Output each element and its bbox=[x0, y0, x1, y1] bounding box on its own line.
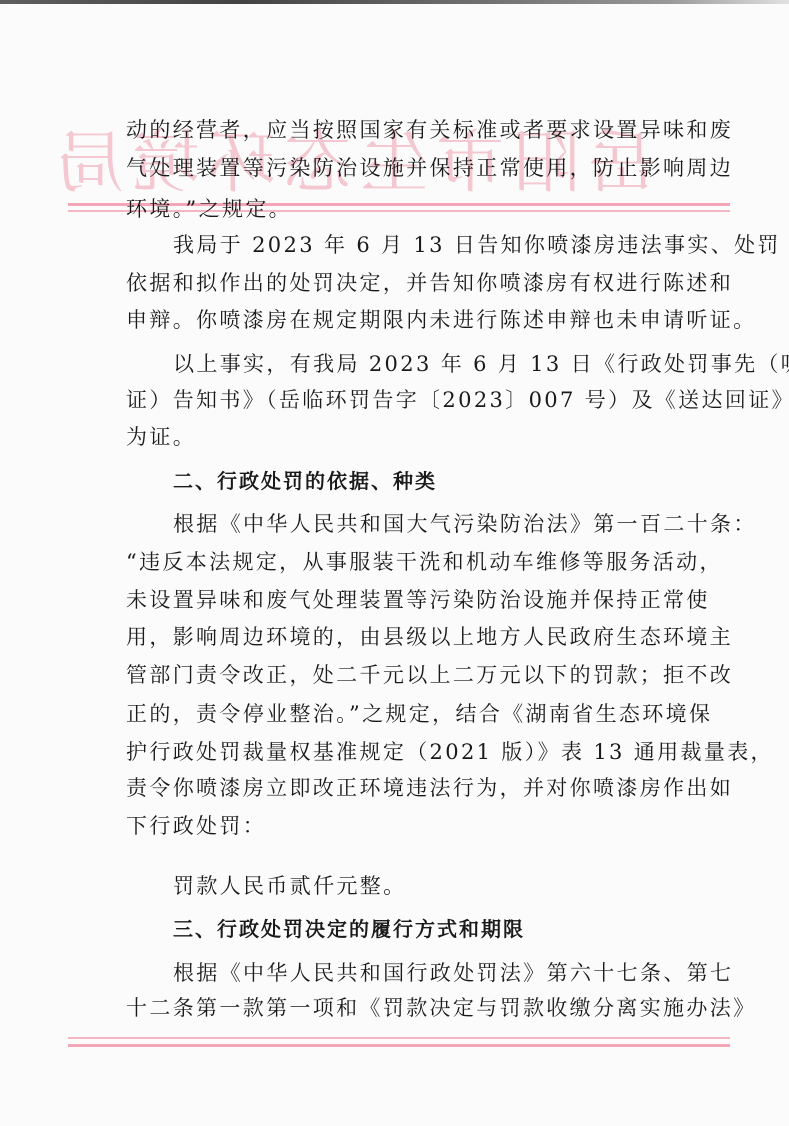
text-line: 管部门责令改正，处二千元以上二万元以下的罚款；拒不改 bbox=[126, 662, 689, 688]
paragraph-start: 以上事实，有我局 2023 年 6 月 13 日《行政处罚事先（听 bbox=[173, 351, 689, 377]
text-line: 为证。 bbox=[126, 424, 689, 450]
text-line: 气处理装置等污染防治设施并保持正常使用，防止影响周边 bbox=[126, 155, 689, 181]
footer-red-rule-thin bbox=[68, 1037, 730, 1039]
text-line: 十二条第一款第一项和《罚款决定与罚款收缴分离实施办法》 bbox=[126, 995, 689, 1021]
text-line: “违反本法规定，从事服装干洗和机动车维修等服务活动， bbox=[126, 549, 689, 575]
footer-red-rule-thick bbox=[68, 1044, 730, 1047]
text-line: 用，影响周边环境的，由县级以上地方人民政府生态环境主 bbox=[126, 624, 689, 650]
text-line: 环境。”之规定。 bbox=[126, 196, 689, 222]
text-line: 下行政处罚： bbox=[126, 813, 689, 839]
text-line: 证）告知书》（岳临环罚告字〔2023〕007 号）及《送达回证》 bbox=[126, 387, 689, 413]
section-heading-3: 三、行政处罚决定的履行方式和期限 bbox=[173, 916, 689, 942]
paragraph-start: 根据《中华人民共和国大气污染防治法》第一百二十条： bbox=[173, 511, 689, 537]
scan-edge bbox=[0, 0, 789, 4]
text-line: 护行政处罚裁量权基准规定（2021 版）》表 13 通用裁量表， bbox=[126, 739, 689, 765]
text-line: 未设置异味和废气处理装置等污染防治设施并保持正常使 bbox=[126, 587, 689, 613]
text-line: 责令你喷漆房立即改正环境违法行为，并对你喷漆房作出如 bbox=[126, 775, 689, 801]
text-line: 依据和拟作出的处罚决定，并告知你喷漆房有权进行陈述和 bbox=[126, 270, 689, 296]
paragraph-start: 根据《中华人民共和国行政处罚法》第六十七条、第七 bbox=[173, 960, 689, 986]
penalty-amount: 罚款人民币贰仟元整。 bbox=[173, 873, 689, 899]
text-line: 申辩。你喷漆房在规定期限内未进行陈述申辩也未申请听证。 bbox=[126, 307, 689, 333]
section-heading-2: 二、行政处罚的依据、种类 bbox=[173, 468, 689, 494]
text-line: 正的，责令停业整治。”之规定，结合《湖南省生态环境保 bbox=[126, 701, 689, 727]
paragraph-start: 我局于 2023 年 6 月 13 日告知你喷漆房违法事实、处罚 bbox=[173, 232, 689, 258]
text-line: 动的经营者，应当按照国家有关标准或者要求设置异味和废 bbox=[126, 117, 689, 143]
